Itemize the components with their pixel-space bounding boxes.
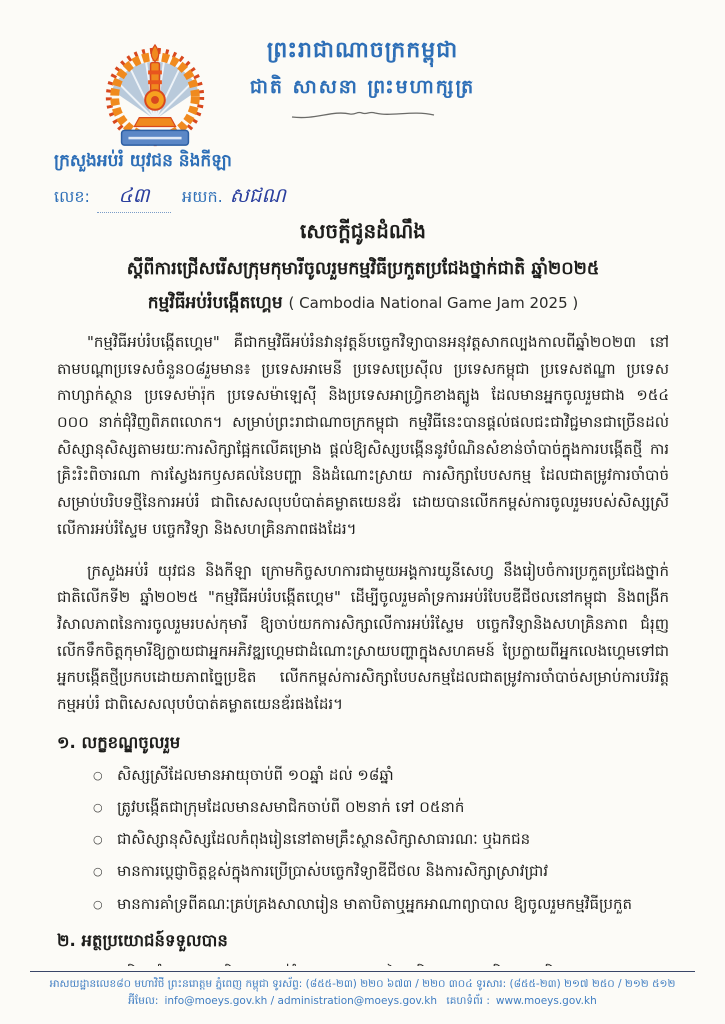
letter-body: សេចក្តីជូនដំណឹង ស្តីពីការជ្រើសរើសក្រុមកុ…: [57, 218, 669, 966]
bullet-item: ○ជាសិស្សានុសិស្សដែលកំពុងរៀននៅតាមគ្រឹះស្ថ…: [93, 828, 669, 851]
paragraph-1: "កម្មវិធីអប់រំបង្កើតហ្គេម" គឺជាកម្មវិធីអ…: [57, 329, 669, 543]
bullet-text: ជាសិស្សានុសិស្សដែលកំពុងរៀននៅតាមគ្រឹះស្ថា…: [117, 830, 530, 848]
ref-number-field: ៤៣: [97, 182, 171, 213]
section-2-heading: ២. អត្ថប្រយោជន៍ទទួលបាន: [57, 931, 669, 955]
ministry-name: ក្រសួងអប់រំ យុវជន និងកីឡា: [54, 150, 232, 175]
bullet-circle-icon: ○: [93, 896, 103, 913]
reference-number-line: លេខ: ៤៣ អយក. សជណ: [54, 182, 286, 213]
scanned-letter-page: ព្រះរាជាណាចក្រកម្ពុជា ជាតិ សាសនា ព្រះមហា…: [0, 0, 725, 1024]
paragraph-2: ក្រសួងអប់រំ យុវជន និងកីឡា ក្រោមកិច្ចសហកា…: [57, 558, 669, 718]
kingdom-motto: ព្រះរាជាណាចក្រកម្ពុជា ជាតិ សាសនា ព្រះមហា…: [0, 36, 725, 126]
footer-contact-line: អ៊ីមែល:info@moeys.gov.kh / administratio…: [30, 993, 695, 1010]
footer-website: www.moeys.gov.kh: [496, 995, 597, 1007]
page-footer: អាសយដ្ឋានលេខ៨០ មហាវិថី ព្រះនរោត្តម ភ្នំព…: [30, 971, 695, 1010]
bullet-text: មានការប្តេជ្ញាចិត្តខ្ពស់ក្នុងការប្រើប្រា…: [117, 862, 548, 880]
announcement-title: សេចក្តីជូនដំណឹង: [57, 218, 669, 248]
announcement-subject: ស្តីពីការជ្រើសរើសក្រុមកុមារីចូលរួមកម្មវិ…: [57, 257, 669, 283]
section-1-bullet-list: ○សិស្សស្រីដែលមានអាយុចាប់ពី ១០ឆ្នាំ ដល់ ១…: [93, 764, 669, 916]
bullet-circle-icon: ○: [93, 767, 103, 784]
footer-email-label: អ៊ីមែល:: [128, 995, 158, 1007]
ref-label: លេខ:: [54, 187, 90, 206]
program-name-english: ( Cambodia National Game Jam 2025 ): [289, 294, 579, 312]
bullet-text: ត្រូវបង្កើតជាក្រុមដែលមានសមាជិកចាប់ពី ០២ន…: [117, 798, 464, 816]
bullet-item: ○សិស្សស្រីដែលមានអាយុចាប់ពី ១០ឆ្នាំ ដល់ ១…: [93, 764, 669, 787]
bullet-text: មានការគាំទ្រពីគណៈគ្រប់គ្រងសាលារៀន មាតាបិ…: [117, 895, 632, 913]
bullet-item: ○មានការគាំទ្រពីគណៈគ្រប់គ្រងសាលារៀន មាតាប…: [93, 893, 669, 916]
bullet-item: ○អភិវឌ្ឍជំនាញបច្ចេកវិទ្យា ការអប់រំសរសេរក…: [93, 962, 669, 966]
program-name-khmer: កម្មវិធីអប់រំបង្កើតហ្គេម: [148, 293, 283, 313]
footer-address-line: អាសយដ្ឋានលេខ៨០ មហាវិថី ព្រះនរោត្តម ភ្នំព…: [30, 976, 695, 993]
footer-emails: info@moeys.gov.kh / administration@moeys…: [164, 995, 437, 1007]
divider-squiggle-icon: [0, 106, 725, 126]
footer-website-label: គេហទំព័រ :: [446, 995, 490, 1007]
ref-number-handwritten: ៤៣: [118, 183, 149, 207]
bullet-circle-icon: ○: [93, 831, 103, 848]
announcement-program-line: កម្មវិធីអប់រំបង្កើតហ្គេម ( Cambodia Nati…: [57, 292, 669, 317]
bullet-circle-icon: ○: [93, 965, 103, 966]
kingdom-motto-line1: ព្រះរាជាណាចក្រកម្ពុជា: [0, 36, 725, 68]
bullet-circle-icon: ○: [93, 799, 103, 816]
section-2-bullet-list: ○អភិវឌ្ឍជំនាញបច្ចេកវិទ្យា ការអប់រំសរសេរក…: [93, 962, 669, 966]
ref-suffix-handwritten: សជណ: [230, 183, 286, 207]
bullet-text: សិស្សស្រីដែលមានអាយុចាប់ពី ១០ឆ្នាំ ដល់ ១៨…: [117, 766, 394, 784]
bullet-item: ○ត្រូវបង្កើតជាក្រុមដែលមានសមាជិកចាប់ពី ០២…: [93, 796, 669, 819]
section-1-heading: ១. លក្ខខណ្ឌចូលរួម: [57, 733, 669, 757]
kingdom-motto-line2: ជាតិ សាសនា ព្រះមហាក្សត្រ: [0, 75, 725, 103]
bullet-text: អភិវឌ្ឍជំនាញបច្ចេកវិទ្យា ការអប់រំសរសេរកូ…: [117, 964, 587, 966]
bullet-item: ○មានការប្តេជ្ញាចិត្តខ្ពស់ក្នុងការប្រើប្រ…: [93, 860, 669, 883]
ref-code: អយក.: [182, 187, 223, 206]
bullet-circle-icon: ○: [93, 863, 103, 880]
